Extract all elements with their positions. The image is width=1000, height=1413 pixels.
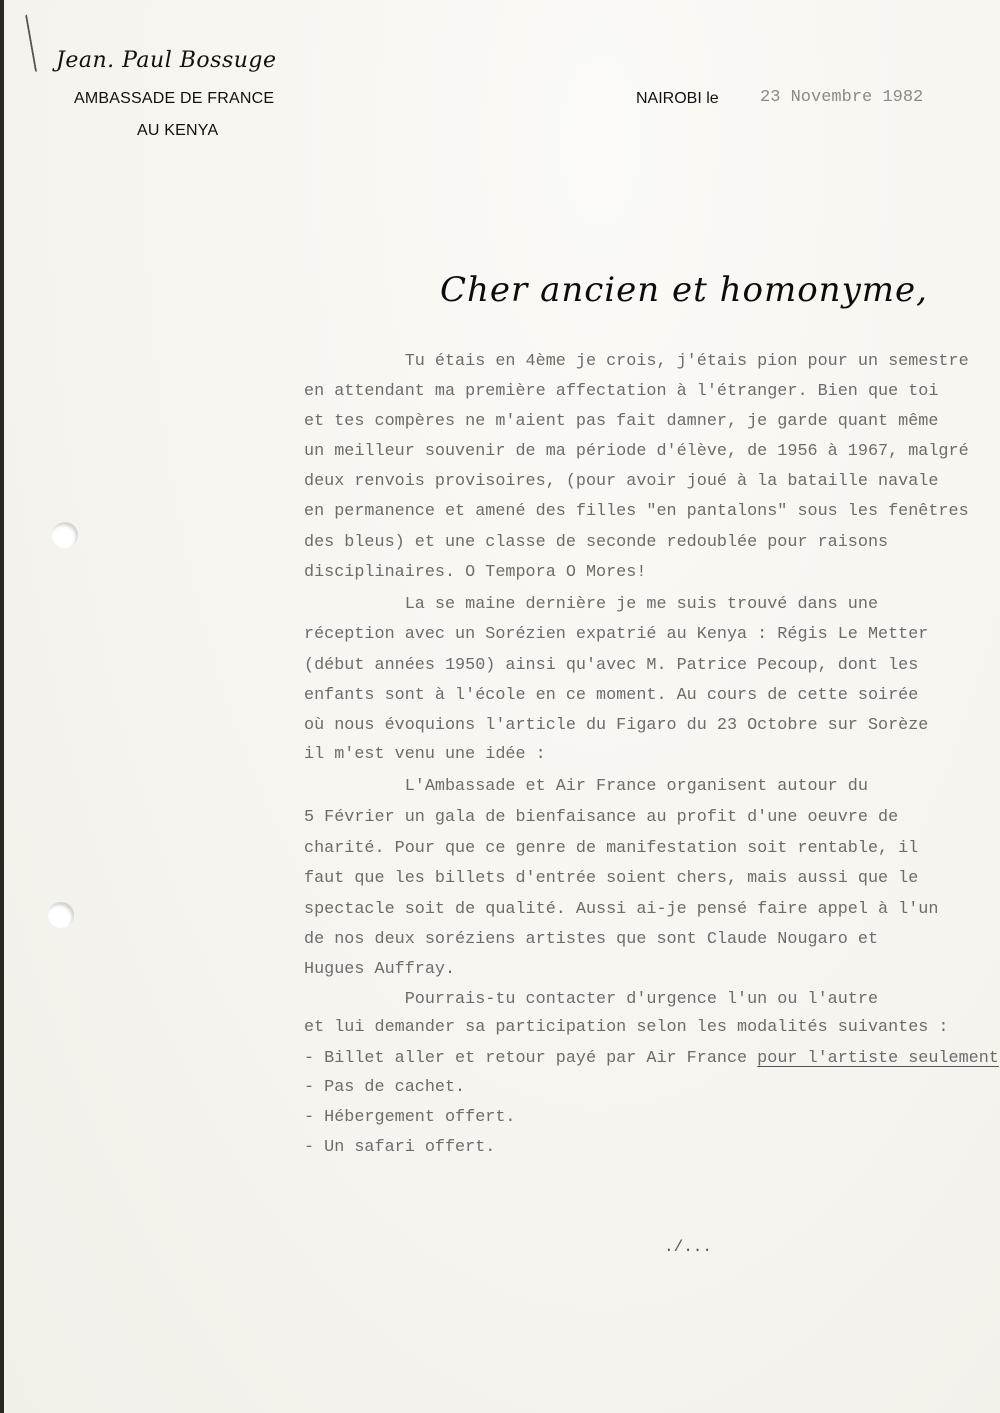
body-line: enfants sont à l'école en ce moment. Au … bbox=[304, 681, 918, 711]
body-line: en permanence et amené des filles "en pa… bbox=[304, 497, 969, 527]
condition-item: - Billet aller et retour payé par Air Fr… bbox=[304, 1044, 999, 1074]
body-line: un meilleur souvenir de ma période d'élè… bbox=[304, 437, 969, 467]
body-line: (début années 1950) ainsi qu'avec M. Pat… bbox=[304, 651, 918, 681]
condition-item: - Pas de cachet. bbox=[304, 1073, 465, 1103]
letter-page: Jean. Paul Bossuge AMBASSADE DE FRANCE A… bbox=[0, 0, 1000, 1413]
punch-hole-top bbox=[52, 522, 78, 548]
body-line: où nous évoquions l'article du Figaro du… bbox=[304, 711, 928, 741]
condition-item: - Hébergement offert. bbox=[304, 1103, 515, 1133]
body-line: en attendant ma première affectation à l… bbox=[304, 377, 938, 407]
body-line: il m'est venu une idée : bbox=[304, 740, 546, 770]
condition-text: - Pas de cachet. bbox=[304, 1078, 465, 1097]
handwritten-salutation: Cher ancien et homonyme, bbox=[440, 270, 928, 310]
handwritten-sender-name: Jean. Paul Bossuge bbox=[56, 48, 277, 73]
scan-edge bbox=[0, 0, 4, 1413]
body-line: de nos deux soréziens artistes que sont … bbox=[304, 925, 878, 955]
body-line: spectacle soit de qualité. Aussi ai-je p… bbox=[304, 895, 938, 925]
condition-text: - Hébergement offert. bbox=[304, 1108, 515, 1127]
dateline-place: NAIROBI le bbox=[636, 90, 719, 108]
letterhead-embassy: AMBASSADE DE FRANCE bbox=[74, 90, 274, 108]
condition-text: - Billet aller et retour payé par Air Fr… bbox=[304, 1049, 757, 1068]
condition-emphasis-underlined: pour l'artiste seulement bbox=[757, 1049, 999, 1068]
body-line: et lui demander sa participation selon l… bbox=[304, 1013, 949, 1043]
body-line: Hugues Auffray. bbox=[304, 955, 455, 985]
dateline-date: 23 Novembre 1982 bbox=[760, 88, 923, 107]
body-line: disciplinaires. O Tempora O Mores! bbox=[304, 558, 646, 588]
continuation-mark: ./... bbox=[664, 1238, 712, 1256]
body-line: deux renvois provisoires, (pour avoir jo… bbox=[304, 467, 938, 497]
condition-text: - Un safari offert. bbox=[304, 1138, 495, 1157]
body-line: réception avec un Sorézien expatrié au K… bbox=[304, 620, 928, 650]
punch-hole-bottom bbox=[48, 902, 74, 928]
letterhead-country: AU KENYA bbox=[137, 122, 218, 140]
paper-clip-mark bbox=[25, 14, 40, 72]
body-line: Pourrais-tu contacter d'urgence l'un ou … bbox=[304, 985, 878, 1015]
body-line: L'Ambassade et Air France organisent aut… bbox=[304, 772, 868, 802]
body-line: charité. Pour que ce genre de manifestat… bbox=[304, 834, 918, 864]
body-line: et tes compères ne m'aient pas fait damn… bbox=[304, 407, 938, 437]
condition-item: - Un safari offert. bbox=[304, 1133, 495, 1163]
body-line: faut que les billets d'entrée soient che… bbox=[304, 864, 918, 894]
body-line: Tu étais en 4ème je crois, j'étais pion … bbox=[304, 347, 969, 377]
body-line: La se maine dernière je me suis trouvé d… bbox=[304, 590, 878, 620]
body-line: 5 Février un gala de bienfaisance au pro… bbox=[304, 803, 898, 833]
body-line: des bleus) et une classe de seconde redo… bbox=[304, 528, 888, 558]
